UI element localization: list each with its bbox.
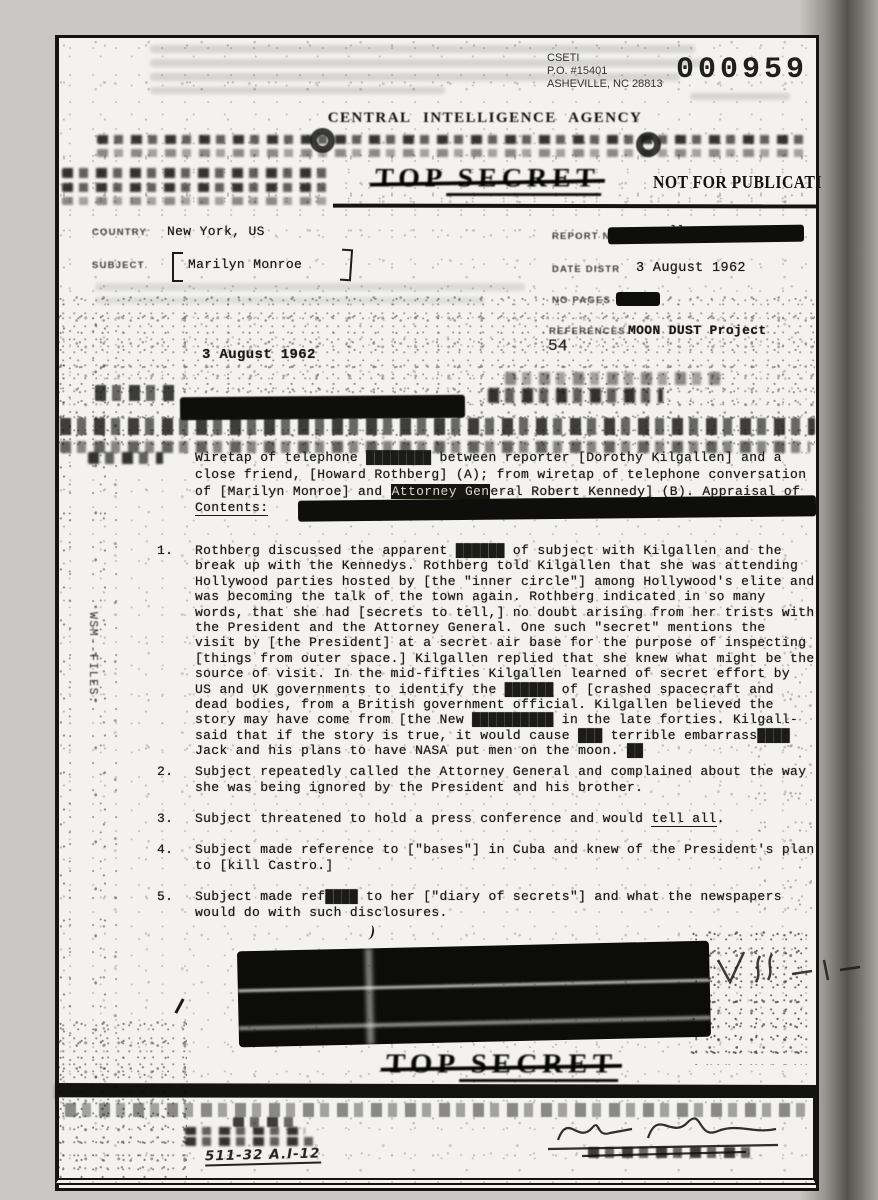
handdrawn-bracket-icon <box>172 252 183 282</box>
boilerplate-smudge <box>62 168 334 178</box>
header-rule <box>333 204 817 209</box>
para-line: US and UK governments to identify the ██… <box>195 682 815 697</box>
redaction-streak <box>238 979 710 993</box>
para-line: words, that she had [secrets to tell,] n… <box>195 605 815 620</box>
seal-icon <box>310 128 335 153</box>
para-line: she was being ignored by the President a… <box>195 780 806 796</box>
stamp-smudge <box>60 418 815 435</box>
para-line: story may have come from [the New ██████… <box>195 712 815 727</box>
subject-value: Marilyn Monroe <box>188 257 302 272</box>
stamped-date: 3 August 1962 <box>202 347 316 363</box>
para-line: Subject threatened to hold a press confe… <box>195 811 725 826</box>
paragraph-2: Subject repeatedly called the Attorney G… <box>195 764 806 796</box>
paragraph-5: Subject made ref████ to her ["diary of s… <box>195 889 782 921</box>
references-label: REFERENCES <box>549 326 626 337</box>
no-pages-label: NO PAGES <box>552 295 611 306</box>
para-number: 1. <box>157 543 173 558</box>
paragraph-4: Subject made reference to ["bases"] in C… <box>195 842 815 874</box>
stamp-smudge <box>95 385 180 401</box>
summary-line-segment: of [Marilyn Monroe] and <box>195 484 391 499</box>
para-line: to [kill Castro.] <box>195 858 815 874</box>
boilerplate-smudge <box>97 135 809 144</box>
para-line: said that if the story is true, it would… <box>195 728 815 743</box>
subject-label: SUBJECT <box>92 260 145 271</box>
summary-line: close friend, [Howard Rothberg] (A); fro… <box>195 467 806 484</box>
para-line: was becoming the talk of the town again.… <box>195 589 815 604</box>
date-distr-label: DATE DISTR <box>552 264 620 275</box>
large-redaction-block <box>237 941 711 1048</box>
para-number: 5. <box>157 889 173 904</box>
para-line: [things from outer space.] Kilgallen rep… <box>195 651 815 666</box>
ghost-text-line <box>95 283 525 291</box>
boilerplate-smudge <box>97 149 807 157</box>
ghost-text-line <box>150 87 445 94</box>
references-value: MOON DUST Project <box>628 323 767 338</box>
no-pages-redaction <box>616 292 660 306</box>
handwritten-reference: 511-32 A.I-12 <box>205 1145 321 1166</box>
para-line: Subject repeatedly called the Attorney G… <box>195 764 806 780</box>
report-no-redaction <box>608 225 804 245</box>
country-label: COUNTRY <box>92 227 147 238</box>
para-line-underlined: tell all <box>651 811 716 827</box>
para-line: visit by [the President] at a secret air… <box>195 635 815 650</box>
para-line: Subject made ref████ to her ["diary of s… <box>195 889 782 905</box>
country-value: New York, US <box>167 224 265 239</box>
redaction-streak <box>365 948 374 1044</box>
para-line: dead bodies, from a British government o… <box>195 697 815 712</box>
scanned-document-page: CSETI P.O. #15401 ASHEVILLE, NC 28813 00… <box>0 0 878 1200</box>
summary-line-highlighted: Attorney Gen <box>391 484 491 499</box>
para-line-segment: Subject threatened to hold a press confe… <box>195 811 651 826</box>
para-line: Subject made reference to ["bases"] in C… <box>195 842 815 858</box>
para-line: Hollywood parties hosted by [the "inner … <box>195 574 815 589</box>
page-number-mark: 54 <box>548 337 568 355</box>
handdrawn-bracket-icon <box>340 249 353 282</box>
stamp-smudge <box>505 372 725 385</box>
boilerplate-smudge <box>62 183 334 192</box>
stamp-smudge <box>488 388 663 403</box>
top-secret-stamp-bottom: TOP SECRET <box>385 1049 617 1080</box>
agency-header: CENTRAL INTELLIGENCE AGENCY <box>315 110 655 127</box>
ghost-text-line <box>690 93 790 100</box>
signature-name-smudge <box>588 1147 753 1158</box>
paragraph-1: Rothberg discussed the apparent ██████ o… <box>195 543 815 759</box>
para-number: 3. <box>157 811 173 826</box>
para-line: would do with such disclosures. <box>195 905 782 921</box>
cseti-line1: CSETI <box>547 52 663 65</box>
para-line: break up with the Kennedys. Rothberg tol… <box>195 558 815 573</box>
seal-icon <box>636 132 661 157</box>
redaction-bar <box>180 395 465 420</box>
para-line: Rothberg discussed the apparent ██████ o… <box>195 543 815 558</box>
summary-line: Wiretap of telephone ████████ between re… <box>195 450 806 467</box>
cseti-line2: P.O. #15401 <box>547 65 663 78</box>
cseti-line3: ASHEVILLE, NC 28813 <box>547 78 663 91</box>
para-line: Jack and his plans to have NASA put men … <box>195 743 815 758</box>
handwriting-marks-icon <box>712 938 872 1013</box>
boilerplate-smudge <box>62 197 330 205</box>
redaction-streak <box>239 1016 711 1031</box>
summary-line-underlined: Contents: <box>195 500 268 516</box>
para-line-segment: . <box>717 811 725 826</box>
para-line: source of visit. In the mid-fifties Kilg… <box>195 666 815 681</box>
para-number: 4. <box>157 842 173 857</box>
ghost-text-line <box>95 297 485 304</box>
not-for-publication-label: NOT FOR PUBLICATI <box>653 172 822 193</box>
document-serial-number: 000959 <box>676 53 808 87</box>
footer-stamp-smudge <box>185 1127 305 1135</box>
para-number: 2. <box>157 764 173 779</box>
cseti-stamp: CSETI P.O. #15401 ASHEVILLE, NC 28813 <box>547 52 663 91</box>
para-line: the President and the Attorney General. … <box>195 620 815 635</box>
margin-note-vertical: WSM--FILES: <box>86 612 99 704</box>
top-secret-stamp: TOP SECRET <box>374 164 600 194</box>
footer-stamp-smudge <box>185 1137 315 1146</box>
footer-stamp-smudge <box>233 1117 295 1127</box>
date-distr-value: 3 August 1962 <box>636 261 746 276</box>
separator-bar <box>55 1083 816 1099</box>
paragraph-3: Subject threatened to hold a press confe… <box>195 811 725 826</box>
source-label-smudge <box>88 452 163 464</box>
